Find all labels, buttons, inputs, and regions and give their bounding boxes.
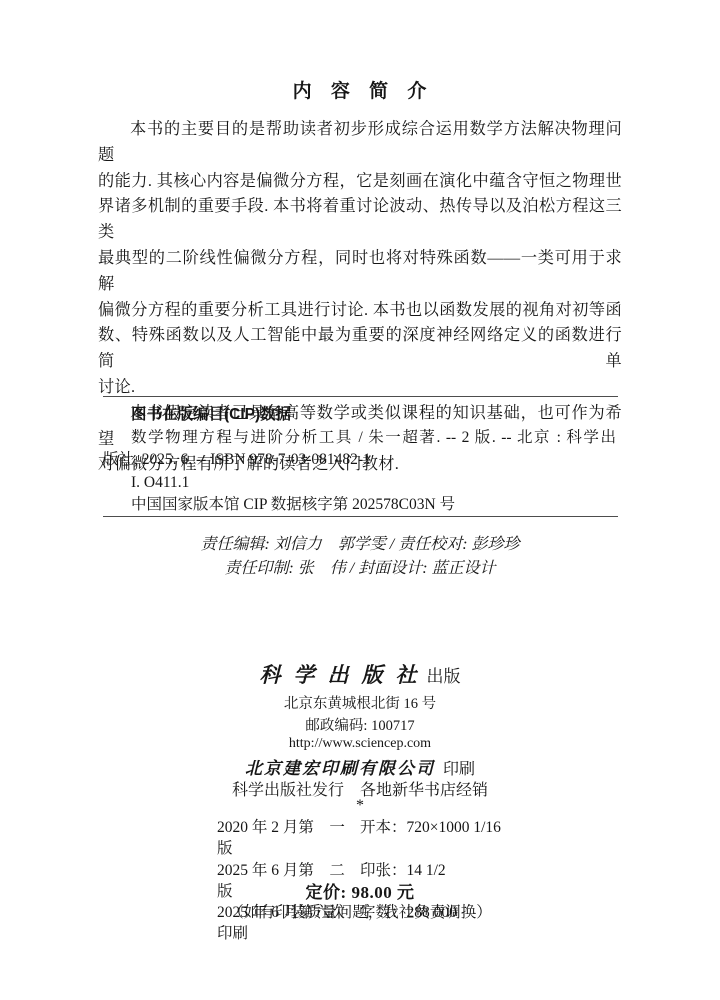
publisher-suffix: 出版 [427, 667, 461, 686]
cip-classification: I. O411.1 [103, 472, 618, 495]
edition-format: 开本：720×1000 1/16 [360, 817, 501, 860]
publisher-name: 科学出版社 [260, 663, 430, 687]
publisher-line: 科学出版社 出版 [0, 659, 720, 689]
cip-box: 图书在版编目(CIP)数据 数学物理方程与进阶分析工具 / 朱一超著. -- 2… [103, 396, 618, 517]
printer-line: 北京建宏印刷有限公司印刷 [0, 754, 720, 779]
cip-header: 图书在版编目(CIP)数据 [103, 404, 618, 427]
publisher-url: http://www.sciencep.com [0, 736, 720, 752]
intro-line: 偏微分方程的重要分析工具进行讨论. 本书也以函数发展的视角对初等函 [98, 298, 622, 324]
printer-suffix: 印刷 [443, 761, 475, 778]
intro-line: 本书的主要目的是帮助读者初步形成综合运用数学方法解决物理问题 [98, 117, 622, 169]
cip-title-line: 数学物理方程与进阶分析工具 / 朱一超著. -- 2 版. -- 北京 : 科学… [103, 427, 618, 450]
intro-line: 最典型的二阶线性偏微分方程，同时也将对特殊函数——一类可用于求解 [98, 246, 622, 298]
page-title: 内 容 简 介 [0, 76, 720, 103]
asterisk-divider: * [0, 797, 720, 815]
publisher-address: 北京东黄城根北街 16 号 [0, 692, 720, 713]
edition-date: 2020 年 2 月第 一 版 [217, 817, 360, 860]
printer-name: 北京建宏印刷有限公司 [245, 759, 435, 778]
intro-line: 数、特殊函数以及人工智能中最为重要的深度神经网络定义的函数进行简单 [98, 323, 622, 375]
intro-line: 界诸多机制的重要手段. 本书将着重讨论波动、热传导以及泊松方程这三类 [98, 194, 622, 246]
credits-design: 责任印制: 张 伟 / 封面设计: 蓝正设计 [0, 557, 720, 581]
credits-editors: 责任编辑: 刘信力 郭学雯 / 责任校对: 彭珍珍 [0, 533, 720, 557]
cip-record-number: 中国国家版本馆 CIP 数据核字第 202578C03N 号 [103, 494, 618, 517]
postal-code: 邮政编码: 100717 [0, 714, 720, 735]
book-copyright-page: 内 容 简 介 本书的主要目的是帮助读者初步形成综合运用数学方法解决物理问题 的… [0, 0, 720, 1000]
intro-line: 的能力. 其核心内容是偏微分方程，它是刻画在演化中蕴含守恒之物理世 [98, 169, 622, 195]
edition-row: 2020 年 2 月第 一 版 开本：720×1000 1/16 [217, 817, 501, 860]
credits-section: 责任编辑: 刘信力 郭学雯 / 责任校对: 彭珍珍 责任印制: 张 伟 / 封面… [0, 533, 720, 580]
cip-isbn-line: 版社, 2025. 6. -- ISBN 978-7-03-081482-1 [103, 449, 618, 472]
quality-note: （如有印装质量问题，我社负责调换） [0, 900, 720, 922]
